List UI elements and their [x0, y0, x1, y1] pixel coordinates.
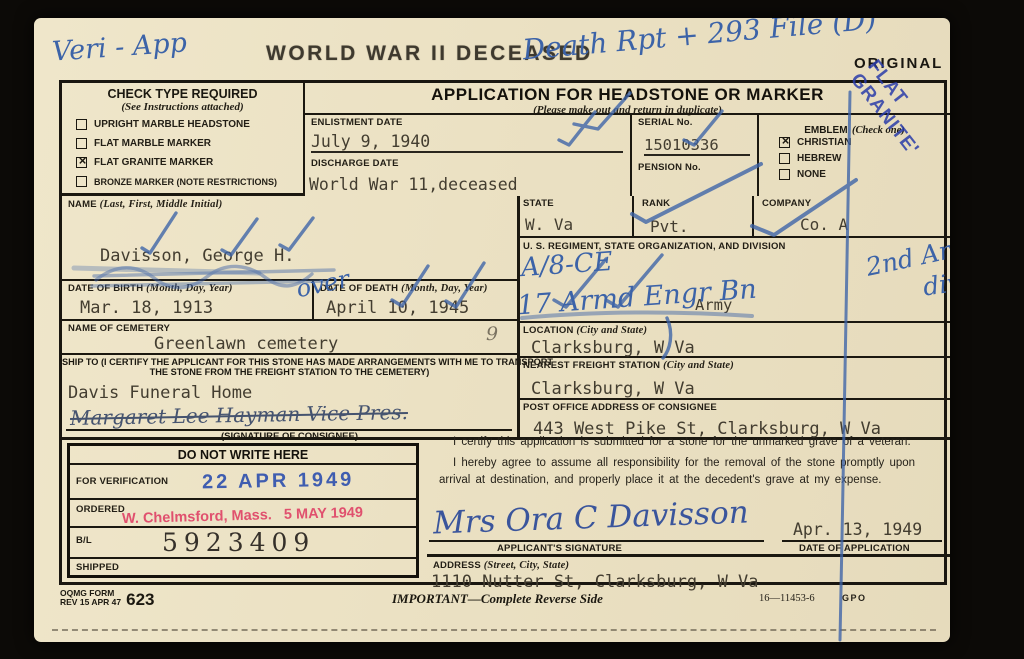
checkbox-bronze	[76, 176, 87, 187]
gpo-label: GPO	[842, 593, 867, 603]
freight-station-label: NEAREST FREIGHT STATION (City and State)	[523, 360, 734, 371]
application-date-line	[782, 540, 942, 542]
company-value: Co. A	[800, 215, 848, 234]
shipped-label: SHIPPED	[76, 562, 119, 573]
option-bronze: BRONZE MARKER (NOTE RESTRICTIONS)	[76, 176, 303, 187]
state-cell: STATE W. Va	[517, 196, 632, 238]
rank-value: Pvt.	[650, 217, 689, 236]
cemetery-label: NAME OF CEMETERY	[68, 323, 170, 334]
checkbox-hebrew	[779, 153, 790, 164]
state-label: STATE	[523, 198, 554, 209]
pension-no-label: PENSION No.	[638, 162, 701, 173]
cemetery-value: Greenlawn cemetery	[154, 334, 338, 354]
cemetery-row: NAME OF CEMETERY Greenlawn cemetery 9	[62, 321, 517, 355]
serial-pension-column: SERIAL No. 15010336 PENSION No.	[632, 113, 757, 196]
ship-to-value: Davis Funeral Home	[68, 383, 252, 403]
location-label: LOCATION (City and State)	[523, 325, 647, 336]
print-code: 16—11453-6	[759, 593, 815, 604]
option-upright-marble: UPRIGHT MARBLE HEADSTONE	[76, 119, 303, 130]
do-not-write-title: DO NOT WRITE HERE	[70, 446, 416, 465]
do-not-write-box: DO NOT WRITE HERE FOR VERIFICATION 22 AP…	[67, 443, 419, 578]
form-code-line2: REV 15 APR 47	[60, 598, 121, 607]
discharge-date-label: DISCHARGE DATE	[311, 158, 399, 169]
company-label: COMPANY	[762, 198, 811, 209]
form-border: CHECK TYPE REQUIRED (See Instructions at…	[59, 80, 947, 585]
form-code-block: OQMG FORM REV 15 APR 47 623	[60, 589, 154, 610]
column-divider	[517, 196, 520, 440]
enlistment-date-value: July 9, 1940	[311, 132, 623, 153]
certification-line2: I hereby agree to assume all responsibil…	[439, 455, 939, 488]
po-address-row: POST OFFICE ADDRESS OF CONSIGNEE 443 Wes…	[517, 400, 950, 440]
verified-handwriting: Veri - App	[51, 27, 188, 67]
name-box: NAME (Last, First, Middle Initial) Davis…	[62, 196, 517, 281]
cemetery-pencil-mark: 9	[486, 323, 498, 345]
name-value: Davisson, George H.	[100, 246, 294, 266]
address-row: ADDRESS (Street, City, State) 1110 Nutte…	[427, 554, 950, 586]
file-note-handwriting: Death Rpt + 293 File (D)	[521, 18, 877, 66]
dod-value: April 10, 1945	[326, 298, 469, 318]
checkbox-none	[779, 169, 790, 180]
certification-line1: I certify this application is submitted …	[439, 436, 939, 448]
address-value: 1110 Nutter St, Clarksburg, W Va	[431, 572, 759, 592]
freight-station-value: Clarksburg, W Va	[531, 379, 695, 399]
shipped-row: SHIPPED	[70, 559, 416, 575]
check-type-subtitle: (See Instructions attached)	[62, 101, 303, 113]
ship-to-box: SHIP TO (I CERTIFY THE APPLICANT FOR THI…	[62, 355, 517, 440]
verification-label: FOR VERIFICATION	[76, 476, 168, 487]
serial-no-value: 15010336	[644, 136, 750, 156]
bl-number-stamp: 5923409	[162, 528, 315, 557]
regiment-box: U. S. REGIMENT, STATE ORGANIZATION, AND …	[517, 238, 950, 323]
checkbox-flat-granite-checked: ×	[76, 157, 87, 168]
company-cell: COMPANY Co. A	[752, 196, 950, 238]
serial-no-label: SERIAL No.	[638, 117, 693, 128]
discharge-date-value: World War 11,deceased	[309, 175, 518, 194]
regiment-handwriting-1: A/8-CE	[520, 247, 614, 283]
enlistment-discharge-column: ENLISTMENT DATE July 9, 1940 DISCHARGE D…	[305, 113, 632, 196]
form-number: 623	[126, 590, 154, 610]
name-label: NAME (Last, First, Middle Initial)	[68, 199, 222, 210]
dob-cell: DATE OF BIRTH (Month, Day, Year) Mar. 18…	[62, 281, 312, 321]
check-type-title: CHECK TYPE REQUIRED	[62, 87, 303, 101]
location-value: Clarksburg, W Va	[531, 338, 695, 358]
verification-row: FOR VERIFICATION 22 APR 1949	[70, 465, 416, 500]
applicant-signature-handwriting: Mrs Ora C Davisson	[432, 495, 749, 542]
option-flat-granite: × FLAT GRANITE MARKER	[76, 157, 303, 168]
checkbox-christian-checked: ×	[779, 137, 790, 148]
applicant-signature-caption: APPLICANT'S SIGNATURE	[497, 543, 622, 554]
certification-area: I certify this application is submitted …	[427, 440, 950, 586]
rank-label: RANK	[642, 198, 670, 209]
dob-value: Mar. 18, 1913	[80, 298, 213, 318]
po-address-label: POST OFFICE ADDRESS OF CONSIGNEE	[523, 402, 717, 413]
address-label: ADDRESS (Street, City, State)	[433, 560, 569, 571]
rank-cell: RANK Pvt.	[632, 196, 752, 238]
enlistment-date-label: ENLISTMENT DATE	[311, 117, 403, 128]
consignee-signature-crossed-out: Margaret Lee Hayman Vice Pres.	[70, 400, 408, 430]
location-row: LOCATION (City and State) Clarksburg, W …	[517, 323, 950, 358]
ordered-label: ORDERED	[76, 504, 125, 515]
option-none: NONE	[779, 169, 950, 180]
bl-row: B/L 5923409	[70, 528, 416, 559]
application-date-value: Apr. 13, 1949	[793, 520, 922, 539]
checkbox-upright-marble	[76, 119, 87, 130]
bl-label: B/L	[76, 535, 92, 546]
state-value: W. Va	[525, 215, 573, 234]
option-flat-marble: FLAT MARBLE MARKER	[76, 138, 303, 149]
photo-background: Veri - App WORLD WAR II DECEASED Death R…	[0, 0, 1024, 659]
freight-station-row: NEAREST FREIGHT STATION (City and State)…	[517, 358, 950, 400]
headstone-application-form: Veri - App WORLD WAR II DECEASED Death R…	[34, 18, 950, 642]
option-hebrew: HEBREW	[779, 153, 950, 164]
applicant-signature-line	[429, 540, 764, 542]
verification-date-stamp: 22 APR 1949	[202, 469, 355, 495]
perforation-line	[52, 629, 936, 631]
application-date-caption: DATE OF APPLICATION	[799, 543, 910, 554]
ship-to-label-line1: SHIP TO (I CERTIFY THE APPLICANT FOR THI…	[62, 357, 517, 367]
ship-to-label-line2: THE STONE FROM THE FREIGHT STATION TO TH…	[62, 367, 517, 377]
check-type-box: CHECK TYPE REQUIRED (See Instructions at…	[62, 83, 305, 196]
dob-label: DATE OF BIRTH (Month, Day, Year)	[68, 283, 233, 294]
checkbox-flat-marble	[76, 138, 87, 149]
important-note: IMPORTANT—Complete Reverse Side	[392, 591, 603, 607]
division-handwriting-2: div	[921, 267, 950, 301]
